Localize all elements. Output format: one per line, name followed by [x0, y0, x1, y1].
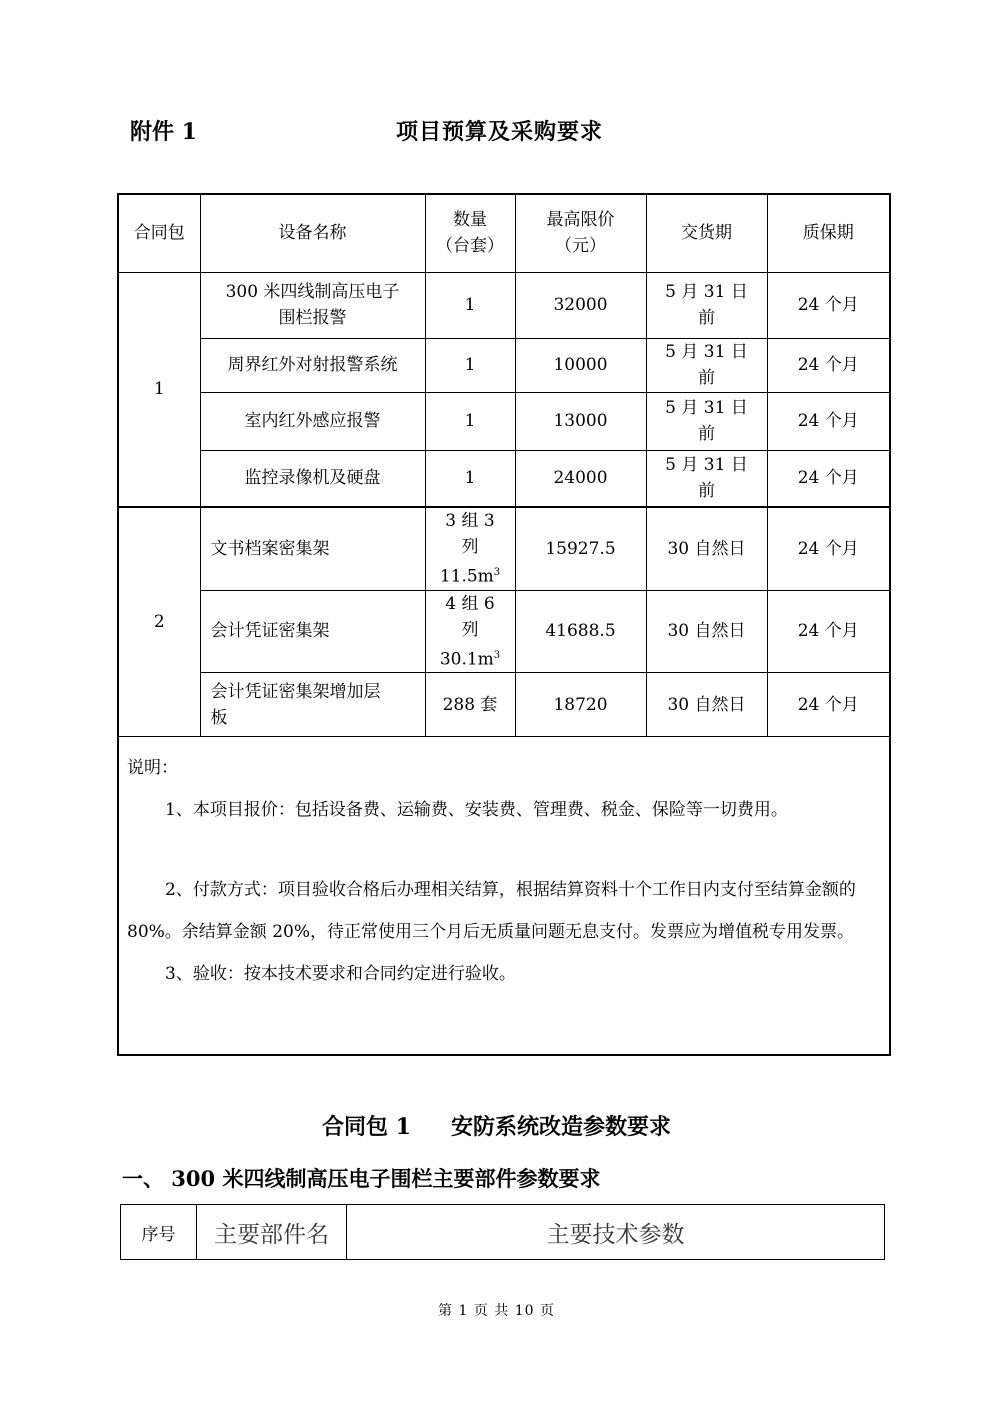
- col-header-package: 合同包: [118, 194, 200, 272]
- quantity: 1: [425, 392, 515, 450]
- delivery: 5 月 31 日 前: [646, 450, 767, 507]
- col-header-max-price: 最高限价 （元）: [515, 194, 646, 272]
- warranty: 24 个月: [767, 673, 890, 737]
- table-row: 会计凭证密集架增加层 板 288 套 18720 30 自然日 24 个月: [118, 673, 890, 737]
- warranty: 24 个月: [767, 507, 890, 590]
- notes-row: 说明： 1、本项目报价：包括设备费、运输费、安装费、管理费、税金、保险等一切费用…: [118, 737, 890, 1055]
- col-header-index: 序号: [121, 1205, 197, 1260]
- table-row: 监控录像机及硬盘 1 24000 5 月 31 日 前 24 个月: [118, 450, 890, 507]
- note-item: 3、验收：按本技术要求和合同约定进行验收。: [127, 953, 881, 995]
- max-price: 18720: [515, 673, 646, 737]
- notes-cell: 说明： 1、本项目报价：包括设备费、运输费、安装费、管理费、税金、保险等一切费用…: [118, 737, 890, 1055]
- warranty: 24 个月: [767, 392, 890, 450]
- warranty: 24 个月: [767, 450, 890, 507]
- attachment-label: 附件 1: [130, 115, 197, 146]
- device-name: 会计凭证密集架增加层 板: [200, 673, 425, 737]
- delivery: 30 自然日: [646, 590, 767, 673]
- warranty: 24 个月: [767, 590, 890, 673]
- max-price: 13000: [515, 392, 646, 450]
- device-name: 室内红外感应报警: [200, 392, 425, 450]
- delivery: 30 自然日: [646, 507, 767, 590]
- section-subtitle: 一、 300 米四线制高压电子围栏主要部件参数要求: [122, 1163, 600, 1193]
- page-footer: 第 1 页 共 10 页: [0, 1300, 993, 1320]
- params-table: 序号 主要部件名 主要技术参数: [120, 1204, 885, 1260]
- package-cell: 2: [118, 507, 200, 737]
- max-price: 24000: [515, 450, 646, 507]
- quantity: 288 套: [425, 673, 515, 737]
- device-name: 周界红外对射报警系统: [200, 338, 425, 392]
- package-cell: 1: [118, 272, 200, 507]
- delivery: 30 自然日: [646, 673, 767, 737]
- page-title: 项目预算及采购要求: [396, 115, 603, 146]
- max-price: 10000: [515, 338, 646, 392]
- col-header-tech-params: 主要技术参数: [347, 1205, 885, 1260]
- table-row: 周界红外对射报警系统 1 10000 5 月 31 日 前 24 个月: [118, 338, 890, 392]
- col-header-warranty: 质保期: [767, 194, 890, 272]
- col-header-delivery: 交货期: [646, 194, 767, 272]
- table-row: 1 300 米四线制高压电子 围栏报警 1 32000 5 月 31 日 前 2…: [118, 272, 890, 338]
- quantity: 1: [425, 450, 515, 507]
- table-row: 2 文书档案密集架 3 组 3 列 11.5m3 15927.5 30 自然日 …: [118, 507, 890, 590]
- quantity: 1: [425, 272, 515, 338]
- params-header-row: 序号 主要部件名 主要技术参数: [121, 1205, 885, 1260]
- delivery: 5 月 31 日 前: [646, 338, 767, 392]
- table-row: 会计凭证密集架 4 组 6 列 30.1m3 41688.5 30 自然日 24…: [118, 590, 890, 673]
- section-title: 合同包 1安防系统改造参数要求: [0, 1110, 993, 1141]
- notes-label: 说明：: [127, 747, 881, 789]
- col-header-device-name: 设备名称: [200, 194, 425, 272]
- table-header-row: 合同包 设备名称 数量 （台套） 最高限价 （元） 交货期 质保期: [118, 194, 890, 272]
- quantity: 3 组 3 列 11.5m3: [425, 507, 515, 590]
- delivery: 5 月 31 日 前: [646, 392, 767, 450]
- device-name: 300 米四线制高压电子 围栏报警: [200, 272, 425, 338]
- table-row: 室内红外感应报警 1 13000 5 月 31 日 前 24 个月: [118, 392, 890, 450]
- device-name: 监控录像机及硬盘: [200, 450, 425, 507]
- budget-table: 合同包 设备名称 数量 （台套） 最高限价 （元） 交货期 质保期 1 300 …: [117, 193, 891, 1056]
- col-header-component: 主要部件名: [197, 1205, 347, 1260]
- max-price: 15927.5: [515, 507, 646, 590]
- max-price: 41688.5: [515, 590, 646, 673]
- note-item: 2、付款方式：项目验收合格后办理相关结算，根据结算资料十个工作日内支付至结算金额…: [127, 869, 881, 953]
- warranty: 24 个月: [767, 338, 890, 392]
- warranty: 24 个月: [767, 272, 890, 338]
- note-item: 1、本项目报价：包括设备费、运输费、安装费、管理费、税金、保险等一切费用。: [127, 789, 881, 831]
- delivery: 5 月 31 日 前: [646, 272, 767, 338]
- device-name: 文书档案密集架: [200, 507, 425, 590]
- device-name: 会计凭证密集架: [200, 590, 425, 673]
- max-price: 32000: [515, 272, 646, 338]
- quantity: 4 组 6 列 30.1m3: [425, 590, 515, 673]
- quantity: 1: [425, 338, 515, 392]
- col-header-quantity: 数量 （台套）: [425, 194, 515, 272]
